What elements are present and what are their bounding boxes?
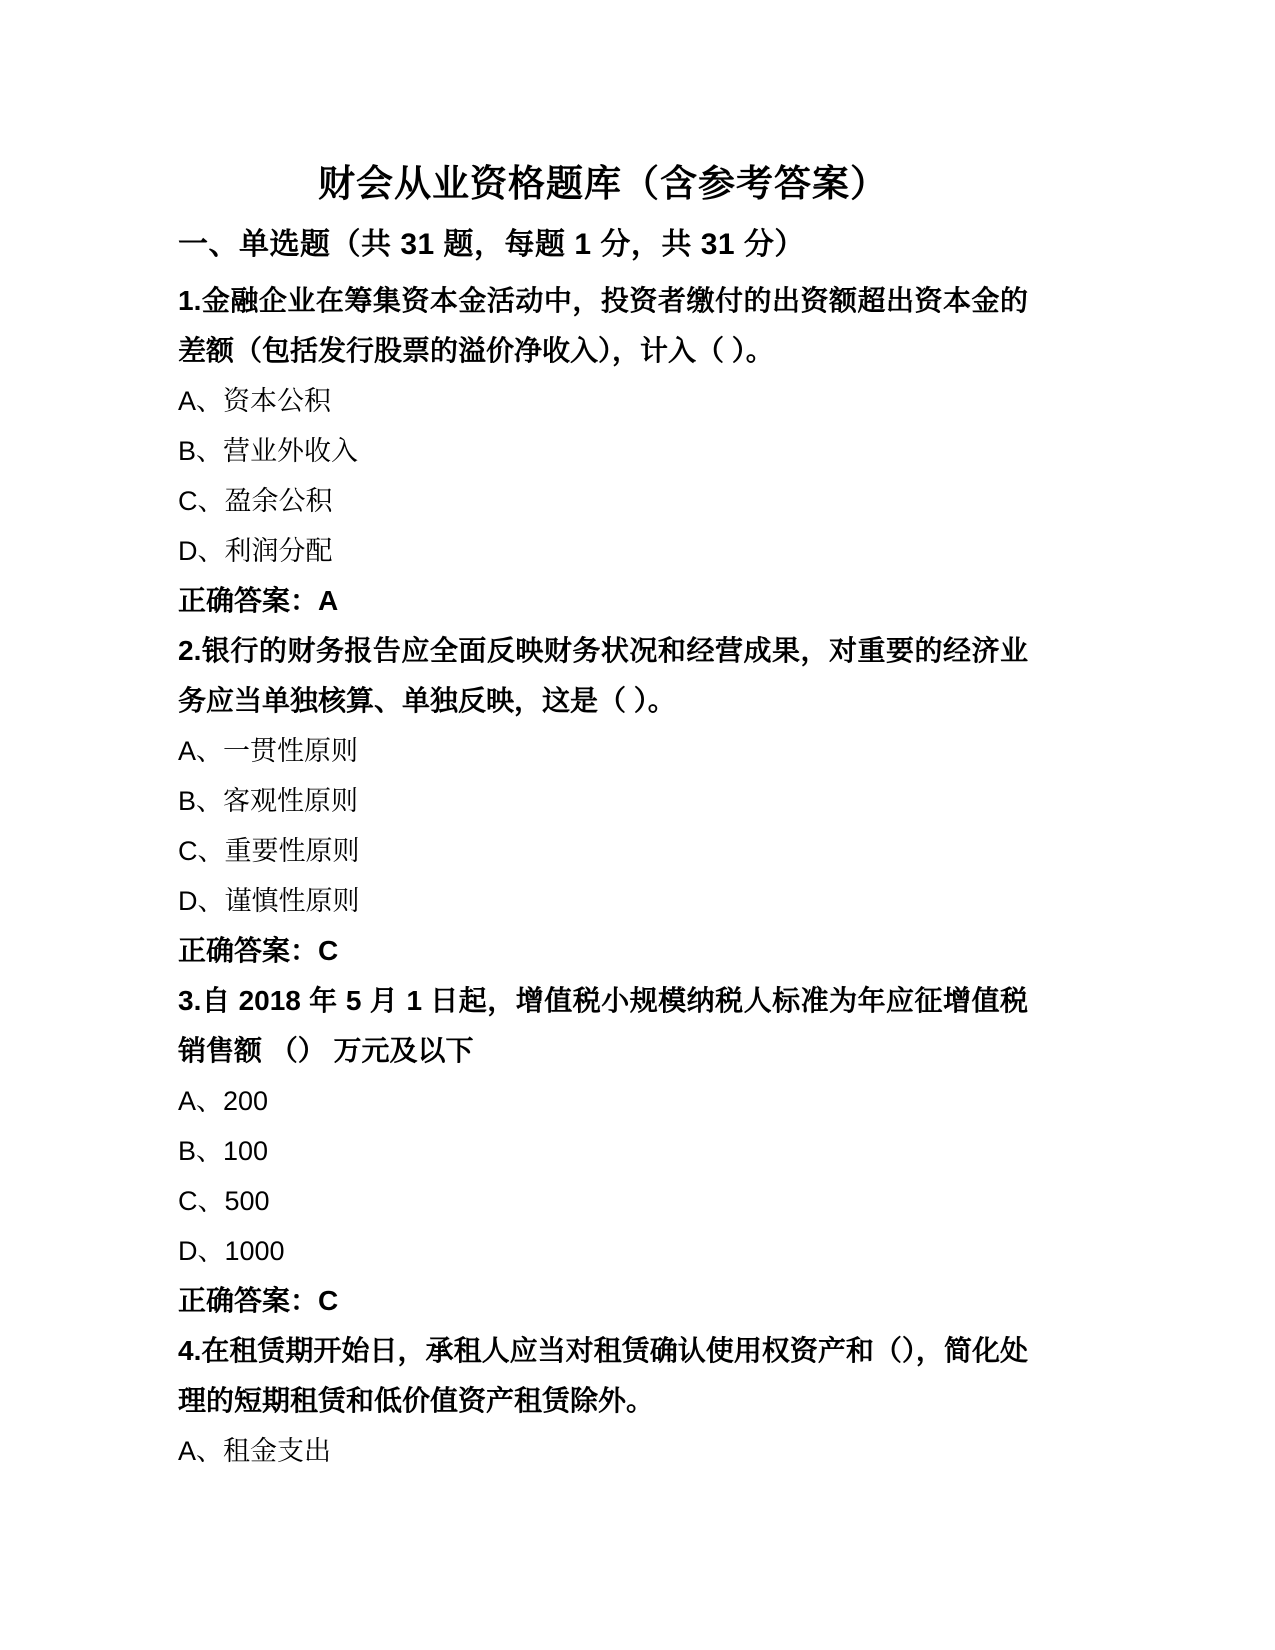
section-heading: 一、单选题（共 31 题，每题 1 分，共 31 分） [178, 224, 1028, 266]
question-option-c: C、重要性原则 [178, 826, 1028, 876]
question-option-d: D、1000 [178, 1226, 1028, 1276]
question-stem: 2.银行的财务报告应全面反映财务状况和经营成果，对重要的经济业务应当单独核算、单… [178, 626, 1028, 726]
question-block-4: 4.在租赁期开始日，承租人应当对租赁确认使用权资产和（），简化处理的短期租赁和低… [178, 1326, 1028, 1476]
question-block-2: 2.银行的财务报告应全面反映财务状况和经营成果，对重要的经济业务应当单独核算、单… [178, 626, 1028, 976]
question-option-d: D、利润分配 [178, 526, 1028, 576]
question-option-a: A、200 [178, 1076, 1028, 1126]
question-option-d: D、谨慎性原则 [178, 876, 1028, 926]
document-title: 财会从业资格题库（含参考答案） [178, 160, 1028, 208]
question-stem: 4.在租赁期开始日，承租人应当对租赁确认使用权资产和（），简化处理的短期租赁和低… [178, 1326, 1028, 1426]
question-option-a: A、一贯性原则 [178, 726, 1028, 776]
question-option-b: B、100 [178, 1126, 1028, 1176]
answer-line: 正确答案：A [178, 576, 1028, 626]
answer-line: 正确答案：C [178, 1276, 1028, 1326]
document-page: 财会从业资格题库（含参考答案） 一、单选题（共 31 题，每题 1 分，共 31… [0, 0, 1275, 1650]
question-block-3: 3.自 2018 年 5 月 1 日起，增值税小规模纳税人标准为年应征增值税销售… [178, 976, 1028, 1326]
question-option-a: A、租金支出 [178, 1426, 1028, 1476]
question-stem: 1.金融企业在筹集资本金活动中，投资者缴付的出资额超出资本金的差额（包括发行股票… [178, 276, 1028, 376]
question-option-a: A、资本公积 [178, 376, 1028, 426]
question-option-c: C、盈余公积 [178, 476, 1028, 526]
question-option-b: B、客观性原则 [178, 776, 1028, 826]
question-option-b: B、营业外收入 [178, 426, 1028, 476]
question-stem: 3.自 2018 年 5 月 1 日起，增值税小规模纳税人标准为年应征增值税销售… [178, 976, 1028, 1076]
question-option-c: C、500 [178, 1176, 1028, 1226]
question-block-1: 1.金融企业在筹集资本金活动中，投资者缴付的出资额超出资本金的差额（包括发行股票… [178, 276, 1028, 626]
answer-line: 正确答案：C [178, 926, 1028, 976]
document-content: 财会从业资格题库（含参考答案） 一、单选题（共 31 题，每题 1 分，共 31… [178, 160, 1028, 1476]
